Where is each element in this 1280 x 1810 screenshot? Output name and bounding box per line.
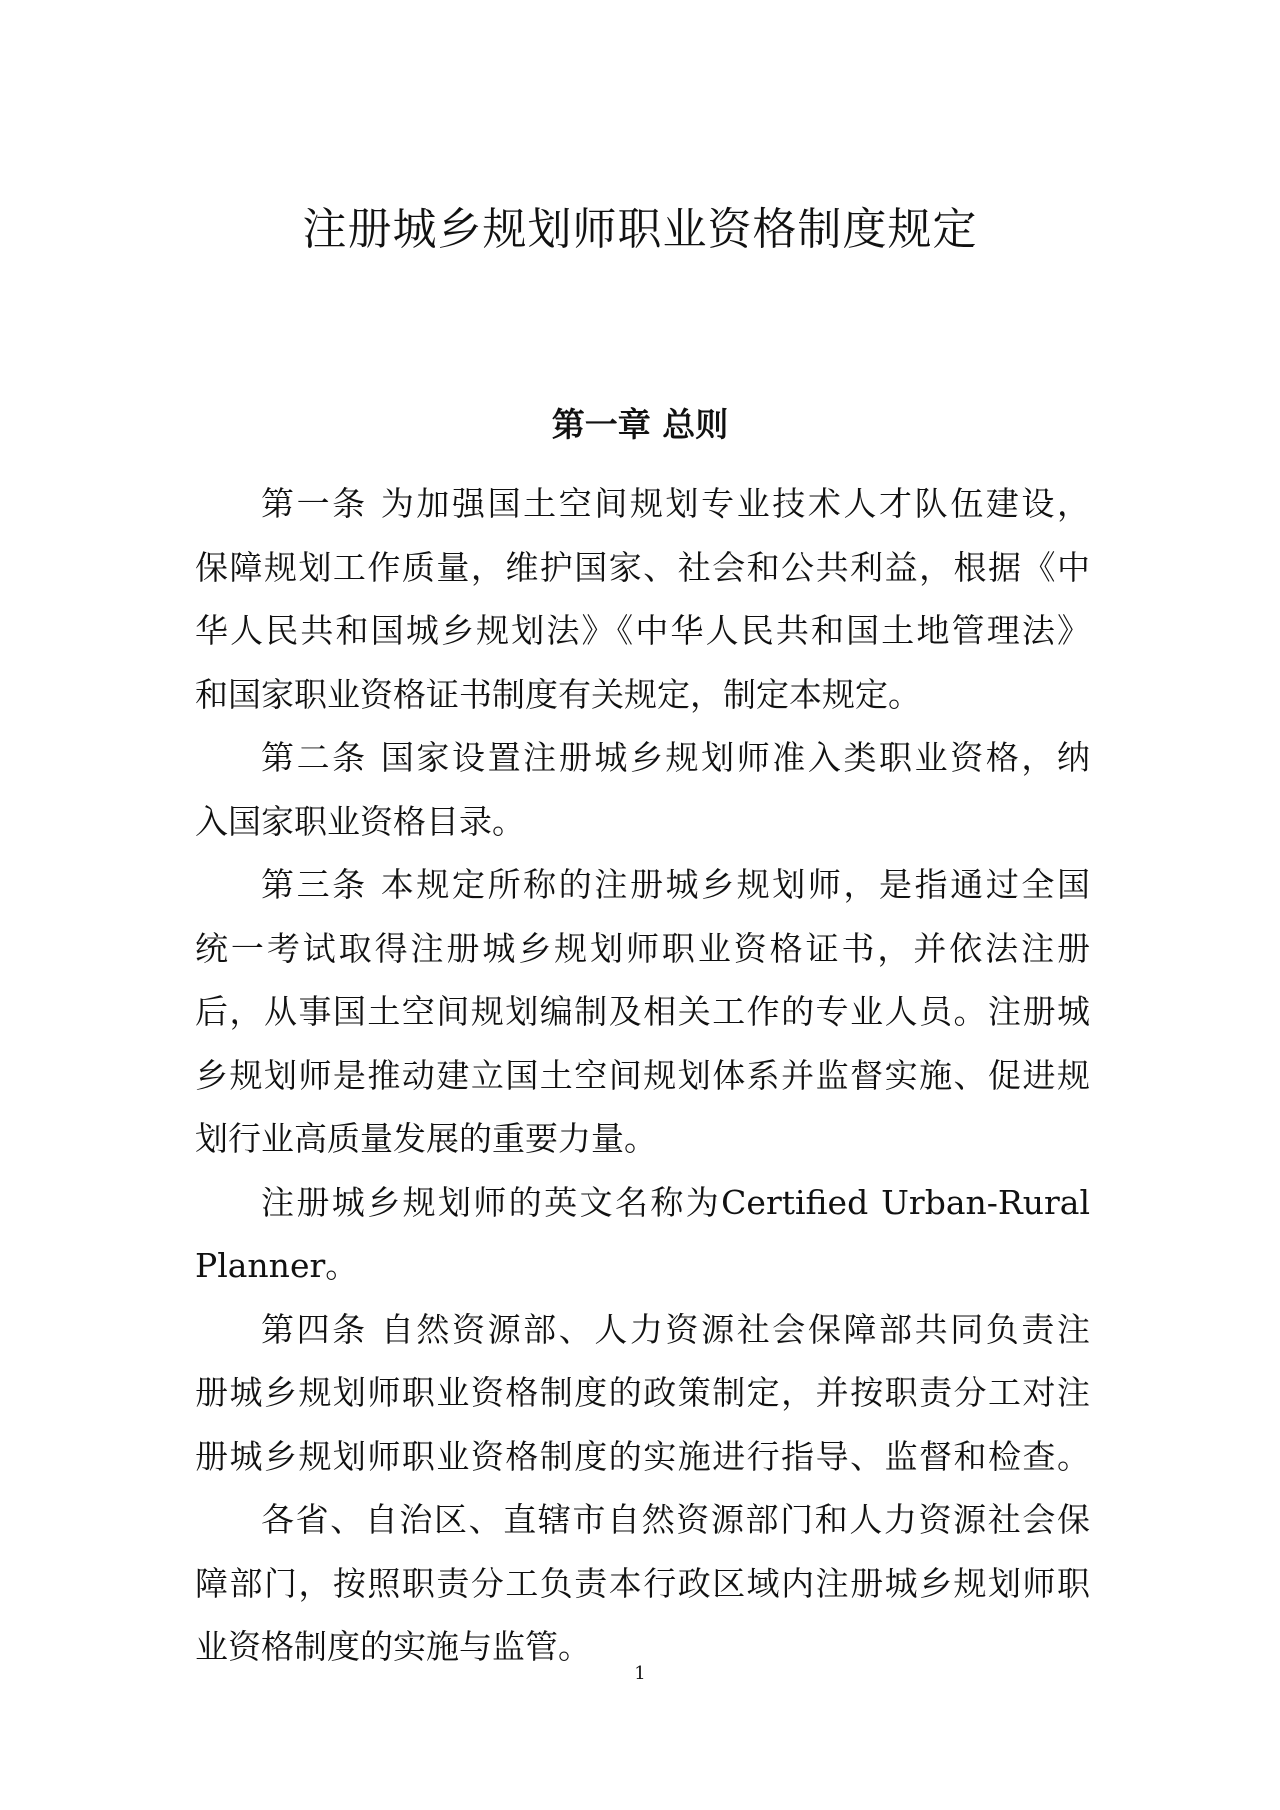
text-line: 乡规划师是推动建立国土空间规划体系并监督实施、促进规 [195, 1044, 1090, 1108]
page-number: 1 [0, 1662, 1280, 1686]
text-line: 第二条 国家设置注册城乡规划师准入类职业资格，纳 [195, 726, 1090, 790]
text-line: 障部门，按照职责分工负责本行政区域内注册城乡规划师职 [195, 1552, 1090, 1616]
chapter-heading: 第一章 总则 [0, 400, 1280, 450]
text-line: 册城乡规划师职业资格制度的实施进行指导、监督和检查。 [195, 1425, 1090, 1489]
document-page: 注册城乡规划师职业资格制度规定 第一章 总则 第一条 为加强国土空间规划专业技术… [0, 0, 1280, 1810]
text-line: 各省、自治区、直辖市自然资源部门和人力资源社会保 [195, 1488, 1090, 1552]
text-line: 第三条 本规定所称的注册城乡规划师，是指通过全国 [195, 853, 1090, 917]
text-line: 华人民共和国城乡规划法》《中华人民共和国土地管理法》 [195, 599, 1090, 663]
text-line: 第一条 为加强国土空间规划专业技术人才队伍建设， [195, 472, 1090, 536]
text-line: 和国家职业资格证书制度有关规定，制定本规定。 [195, 663, 1090, 727]
document-title: 注册城乡规划师职业资格制度规定 [0, 200, 1280, 260]
text-line: Planner。 [195, 1234, 1090, 1298]
text-line: 后，从事国土空间规划编制及相关工作的专业人员。注册城 [195, 980, 1090, 1044]
text-line: 入国家职业资格目录。 [195, 790, 1090, 854]
text-line: 注册城乡规划师的英文名称为Certified Urban-Rural [195, 1171, 1090, 1235]
text-line: 划行业高质量发展的重要力量。 [195, 1107, 1090, 1171]
document-body: 第一条 为加强国土空间规划专业技术人才队伍建设， 保障规划工作质量，维护国家、社… [195, 472, 1090, 1679]
text-line: 统一考试取得注册城乡规划师职业资格证书，并依法注册 [195, 917, 1090, 981]
text-line: 第四条 自然资源部、人力资源社会保障部共同负责注 [195, 1298, 1090, 1362]
text-line: 册城乡规划师职业资格制度的政策制定，并按职责分工对注 [195, 1361, 1090, 1425]
text-line: 保障规划工作质量，维护国家、社会和公共利益，根据《中 [195, 536, 1090, 600]
